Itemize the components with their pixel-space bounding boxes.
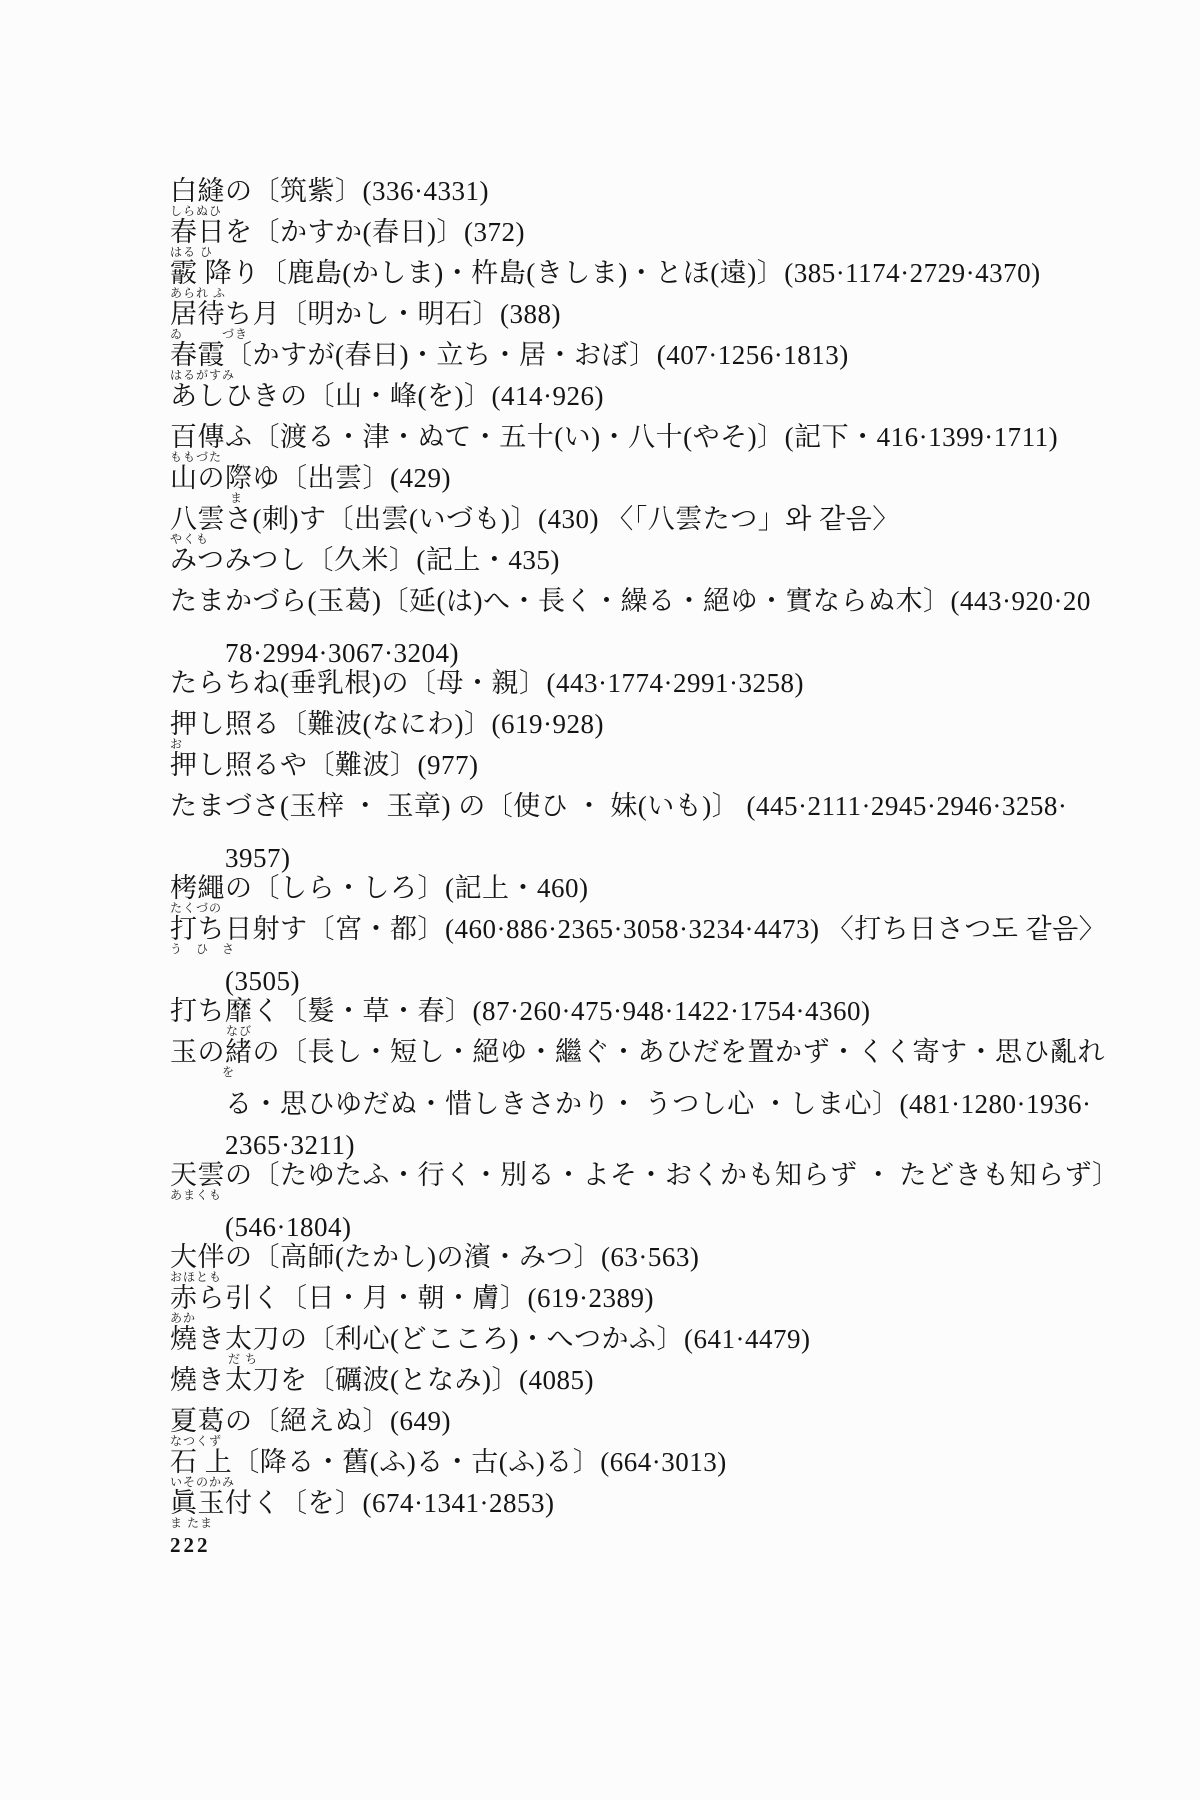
- entry-furigana: [170, 411, 1180, 422]
- entry-main-text: 押し照るや〔難波〕(977): [170, 750, 1180, 780]
- entry-furigana: ま: [170, 493, 1180, 504]
- entry-main-text: 大伴の〔高師(たかし)の濱・みつ〕(63·563): [170, 1242, 1180, 1272]
- entry-main-text: 打ち靡く〔髮・草・春〕(87·260·475·948·1422·1754·436…: [170, 996, 1180, 1026]
- entry-furigana: [170, 1395, 1180, 1406]
- entry-main-text: 眞玉付く〔を〕(674·1341·2853): [170, 1488, 1180, 1518]
- entry: 栲繩の〔しら・しろ〕(記上・460)たくづの: [170, 873, 1180, 914]
- entry: 眞玉付く〔を〕(674·1341·2853)ま たま: [170, 1488, 1180, 1529]
- entry-furigana: なび: [170, 1026, 1180, 1037]
- entry: 燒き太刀の〔利心(どこころ)・へつかふ〕(641·4479)だ ち: [170, 1324, 1180, 1365]
- entry-furigana: [170, 780, 1180, 791]
- entry: 打ち靡く〔髮・草・春〕(87·260·475·948·1422·1754·436…: [170, 996, 1180, 1037]
- entry-main-text: 栲繩の〔しら・しろ〕(記上・460): [170, 873, 1180, 903]
- entry-main-text: 居待ち月〔明かし・明石〕(388): [170, 299, 1180, 329]
- entry-furigana: なつくず: [170, 1436, 1180, 1447]
- entry-main-text: あしひきの〔山・峰(を)〕(414·926): [170, 381, 1180, 411]
- entry-main-text: 春日を〔かすか(春日)〕(372): [170, 217, 1180, 247]
- entry: 赤ら引く〔日・月・朝・膚〕(619·2389)あか: [170, 1283, 1180, 1324]
- entry-furigana: やくも: [170, 534, 1180, 545]
- entry-furigana: ゐ づき: [170, 329, 1180, 340]
- entry-main-text: 燒き太刀の〔利心(どこころ)・へつかふ〕(641·4479): [170, 1324, 1180, 1354]
- entry-furigana: はる ひ: [170, 247, 1180, 258]
- entries-container: 白縫の〔筑紫〕(336·4331)しらぬひ春日を〔かすか(春日)〕(372)はる…: [170, 176, 1180, 1529]
- entry-main-text: 白縫の〔筑紫〕(336·4331): [170, 176, 1180, 206]
- entry-continuation-line: る・思ひゆだぬ・惜しきさかり・ うつし心 ・しま心〕(481·1280·1936…: [170, 1089, 1180, 1119]
- entry: 春日を〔かすか(春日)〕(372)はる ひ: [170, 217, 1180, 258]
- entry: 春霞〔かすが(春日)・立ち・居・おぼ〕(407·1256·1813)はるがすみ: [170, 340, 1180, 381]
- entry-continuation-line: (546·1804): [170, 1212, 1180, 1242]
- entry: 押し照る〔難波(なにわ)〕(619·928)お: [170, 709, 1180, 750]
- entry: たまかづら(玉葛)〔延(は)へ・長く・繰る・絕ゆ・實ならぬ木〕(443·920·…: [170, 586, 1180, 668]
- entry: 夏葛の〔絕えぬ〕(649)なつくず: [170, 1406, 1180, 1447]
- page-number: 222: [170, 1533, 211, 1558]
- entry: 燒き太刀を〔礪波(となみ)〕(4085): [170, 1365, 1180, 1406]
- entry-furigana: ま たま: [170, 1518, 1180, 1529]
- entry: たまづさ(玉梓 ・ 玉章) の〔使ひ ・ 妹(いも)〕 (445·2111·29…: [170, 791, 1180, 873]
- entry-furigana: あまくも: [170, 1190, 1180, 1201]
- entry-continuation-line: 78·2994·3067·3204): [170, 638, 1180, 668]
- entry-main-text: 霰 降り〔鹿島(かしま)・杵島(きしま)・とほ(遠)〕(385·1174·272…: [170, 258, 1180, 288]
- entry-furigana: あられ ふ: [170, 288, 1180, 299]
- entry: たらちね(垂乳根)の〔母・親〕(443·1774·2991·3258): [170, 668, 1180, 709]
- entry: 玉の緒の〔長し・短し・絕ゆ・繼ぐ・あひだを置かず・くく寄す・思ひ亂れをる・思ひゆ…: [170, 1037, 1180, 1160]
- entry-main-text: 玉の緒の〔長し・短し・絕ゆ・繼ぐ・あひだを置かず・くく寄す・思ひ亂れ: [170, 1037, 1180, 1067]
- entry-main-text: 打ち日射す〔宮・都〕(460·886·2365·3058·3234·4473) …: [170, 914, 1180, 944]
- entry: 打ち日射す〔宮・都〕(460·886·2365·3058·3234·4473) …: [170, 914, 1180, 996]
- entry-main-text: 夏葛の〔絕えぬ〕(649): [170, 1406, 1180, 1436]
- entry-main-text: たまかづら(玉葛)〔延(は)へ・長く・繰る・絕ゆ・實ならぬ木〕(443·920·…: [170, 586, 1180, 616]
- entry: 白縫の〔筑紫〕(336·4331)しらぬひ: [170, 176, 1180, 217]
- entry-main-text: 八雲さ(刺)す〔出雲(いづも)〕(430) 〈「八雲たつ」와 같음〉: [170, 504, 1180, 534]
- entry: 押し照るや〔難波〕(977): [170, 750, 1180, 791]
- entry-furigana: しらぬひ: [170, 206, 1180, 217]
- entry-furigana: ももづた: [170, 452, 1180, 463]
- entry: 百傳ふ〔渡る・津・ぬて・五十(い)・八十(やそ)〕(記下・416·1399·17…: [170, 422, 1180, 463]
- entry-main-text: 山の際ゆ〔出雲〕(429): [170, 463, 1180, 493]
- entry: 霰 降り〔鹿島(かしま)・杵島(きしま)・とほ(遠)〕(385·1174·272…: [170, 258, 1180, 299]
- entry-continuation-line: 2365·3211): [170, 1130, 1180, 1160]
- entry-continuation-line: (3505): [170, 966, 1180, 996]
- entry-main-text: みつみつし〔久米〕(記上・435): [170, 545, 1180, 575]
- entry-main-text: 百傳ふ〔渡る・津・ぬて・五十(い)・八十(やそ)〕(記下・416·1399·17…: [170, 422, 1180, 452]
- entry-furigana: たくづの: [170, 903, 1180, 914]
- entry: 居待ち月〔明かし・明石〕(388)ゐ づき: [170, 299, 1180, 340]
- entry: 山の際ゆ〔出雲〕(429)ま: [170, 463, 1180, 504]
- entry-main-text: 天雲の〔たゆたふ・行く・別る・よそ・おくかも知らず ・ たどきも知らず〕: [170, 1160, 1180, 1190]
- entry-furigana: [170, 821, 1180, 832]
- entry: 八雲さ(刺)す〔出雲(いづも)〕(430) 〈「八雲たつ」와 같음〉やくも: [170, 504, 1180, 545]
- entry-furigana: おほとも: [170, 1272, 1180, 1283]
- entry-furigana: いそのかみ: [170, 1477, 1180, 1488]
- entry-furigana: [170, 575, 1180, 586]
- entry-furigana: を: [170, 1067, 1180, 1078]
- entry-main-text: 燒き太刀を〔礪波(となみ)〕(4085): [170, 1365, 1180, 1395]
- entry-furigana: お: [170, 739, 1180, 750]
- entry: あしひきの〔山・峰(を)〕(414·926): [170, 381, 1180, 422]
- entry-furigana: [170, 616, 1180, 627]
- entry-main-text: 石 上〔降る・舊(ふ)る・古(ふ)る〕(664·3013): [170, 1447, 1180, 1477]
- entry: みつみつし〔久米〕(記上・435): [170, 545, 1180, 586]
- entry: 大伴の〔高師(たかし)の濱・みつ〕(63·563)おほとも: [170, 1242, 1180, 1283]
- entry-furigana: だ ち: [170, 1354, 1180, 1365]
- entry-furigana: [170, 698, 1180, 709]
- entry-continuation-line: 3957): [170, 843, 1180, 873]
- document-page: 白縫の〔筑紫〕(336·4331)しらぬひ春日を〔かすか(春日)〕(372)はる…: [0, 0, 1200, 1800]
- entry-main-text: たまづさ(玉梓 ・ 玉章) の〔使ひ ・ 妹(いも)〕 (445·2111·29…: [170, 791, 1180, 821]
- entry: 石 上〔降る・舊(ふ)る・古(ふ)る〕(664·3013)いそのかみ: [170, 1447, 1180, 1488]
- entry-main-text: 春霞〔かすが(春日)・立ち・居・おぼ〕(407·1256·1813): [170, 340, 1180, 370]
- entry-furigana: あか: [170, 1313, 1180, 1324]
- entry-furigana: う ひ さ: [170, 944, 1180, 955]
- entry-main-text: たらちね(垂乳根)の〔母・親〕(443·1774·2991·3258): [170, 668, 1180, 698]
- entry-furigana: はるがすみ: [170, 370, 1180, 381]
- entry-main-text: 赤ら引く〔日・月・朝・膚〕(619·2389): [170, 1283, 1180, 1313]
- entry: 天雲の〔たゆたふ・行く・別る・よそ・おくかも知らず ・ たどきも知らず〕あまくも…: [170, 1160, 1180, 1242]
- entry-main-text: 押し照る〔難波(なにわ)〕(619·928): [170, 709, 1180, 739]
